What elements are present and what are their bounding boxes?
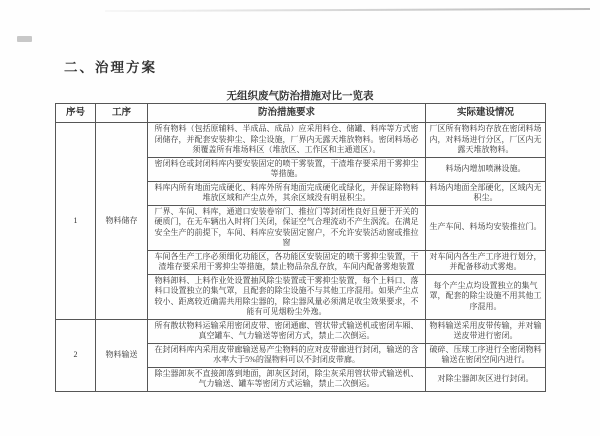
control-measure-cell: 在封闭料库内采用皮带廊输送易产尘物料的应对皮带廊进行封闭，输送的含水率大于5%的… bbox=[148, 343, 426, 367]
header-control-measures: 防治措施要求 bbox=[148, 104, 426, 123]
control-measure-cell: 车间各生产工序必须细化功能区，各功能区安装固定的喷干雾抑尘装置，干渣堆存要采用干… bbox=[148, 250, 426, 274]
table-row: 2物料输送所有散状物料运输采用密闭皮带、密闭通廊、管状带式输送机或密闭车厢、真空… bbox=[56, 319, 546, 343]
header-serial-number: 序号 bbox=[56, 104, 96, 123]
control-measure-cell: 所有物料（包括原辅料、半成品、成品）应采用料仓、储罐、料库等方式密闭储存，并配套… bbox=[148, 123, 426, 158]
control-measure-cell: 除尘器卸灰不直接卸落到地面，卸灰区封闭，除尘灰采用管状带式输送机、气力输送、罐车… bbox=[148, 367, 426, 391]
process-cell: 物料储存 bbox=[96, 123, 148, 320]
header-process: 工序 bbox=[96, 104, 148, 123]
control-measure-cell: 所有散状物料运输采用密闭皮带、密闭通廊、管状带式输送机或密闭车厢、真空罐车、气力… bbox=[148, 319, 426, 343]
actual-construction-cell: 厂区所有物料均存放在密闭料场内，对料场进行分区，厂区内无露天堆放物料。 bbox=[426, 123, 546, 158]
actual-construction-cell: 对车间内各生产工序进行划分，并配备移动式雾炮。 bbox=[426, 250, 546, 274]
actual-construction-cell: 物料输送采用皮带传输，并对输送皮带进行密闭。 bbox=[426, 319, 546, 343]
actual-construction-cell: 对除尘器卸灰区进行封闭。 bbox=[426, 367, 546, 391]
document-page: 二、治理方案 无组织废气防治措施对比一览表 序号 工序 防治措施要求 实际建设情… bbox=[0, 0, 600, 436]
measures-table: 序号 工序 防治措施要求 实际建设情况 1物料储存所有物料（包括原辅料、半成品、… bbox=[55, 103, 546, 392]
process-cell: 物料输送 bbox=[96, 319, 148, 391]
serial-number-cell: 1 bbox=[56, 123, 96, 320]
scan-edge-artifact bbox=[105, 8, 590, 12]
scan-spot-artifact bbox=[17, 36, 32, 42]
control-measure-cell: 物料卸料、上料作业处设置抽风除尘装置或干雾抑尘装置，每个上料口、落料口设置独立的… bbox=[148, 274, 426, 319]
table-row: 1物料储存所有物料（包括原辅料、半成品、成品）应采用料仓、储罐、料库等方式密闭储… bbox=[56, 123, 546, 158]
header-actual-construction: 实际建设情况 bbox=[426, 104, 546, 123]
actual-construction-cell: 生产车间、料场均安装推拉门。 bbox=[426, 205, 546, 250]
serial-number-cell: 2 bbox=[56, 319, 96, 391]
control-measure-cell: 料库内所有地面完成硬化、料库外所有地面完成硬化或绿化，并保证除物料堆放区域和产尘… bbox=[148, 181, 426, 205]
control-measure-cell: 密闭料仓或封闭料库内要安装固定的喷干雾装置，干渣堆存要采用干雾抑尘等措施。 bbox=[148, 157, 426, 181]
section-heading: 二、治理方案 bbox=[64, 56, 157, 76]
table-title: 无组织废气防治措施对比一览表 bbox=[55, 88, 545, 103]
control-measure-cell: 厂界、车间、料库，通道口安装卷帘门、推拉门等封闭性良好且便于开关的硬质门，在无车… bbox=[148, 205, 426, 250]
actual-construction-cell: 每个产尘点均设置独立的集气罩，配套的除尘设施不用其他工序混用。 bbox=[426, 274, 546, 319]
actual-construction-cell: 料场内增加喷淋设施。 bbox=[426, 157, 546, 181]
actual-construction-cell: 破碎、压球工序进行全密闭物料输送在密闭空间内进行。 bbox=[426, 343, 546, 367]
actual-construction-cell: 料场内地面全部硬化，区域内无积尘。 bbox=[426, 181, 546, 205]
measures-table-body: 1物料储存所有物料（包括原辅料、半成品、成品）应采用料仓、储罐、料库等方式密闭储… bbox=[56, 123, 546, 392]
table-header-row: 序号 工序 防治措施要求 实际建设情况 bbox=[56, 104, 546, 123]
